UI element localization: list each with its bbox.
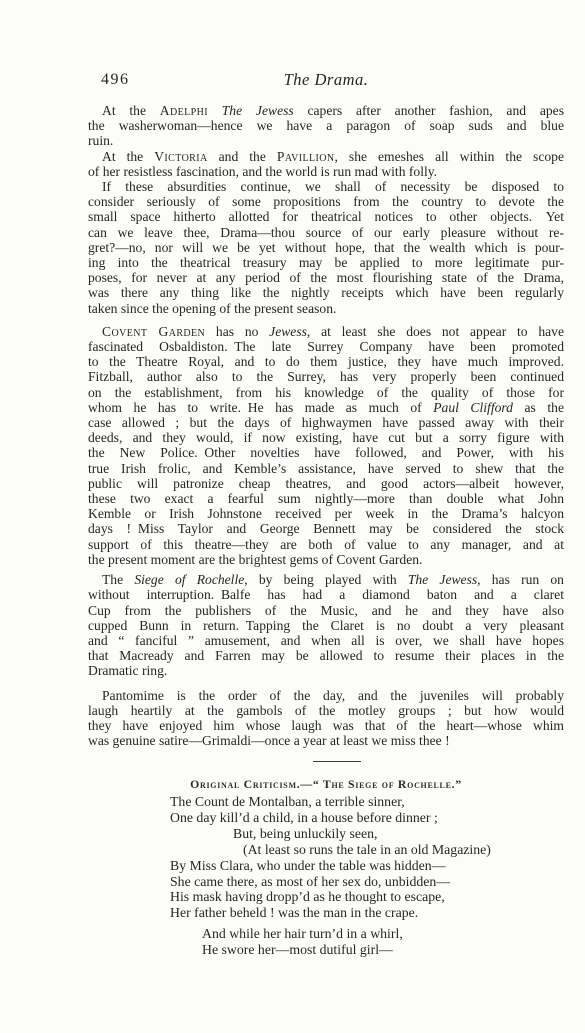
text-line: poses, for never at any period of the mo… [88, 270, 564, 285]
text-segment: taken since the opening of the present s… [88, 301, 336, 316]
text-segment: , has run on [477, 572, 564, 587]
text-line: deeds, and they would, if now existing, … [88, 430, 564, 445]
text-line: ruin. [88, 133, 564, 148]
text-segment: and the [208, 149, 277, 164]
article-body: At the Adelphi The Jewess capers after a… [88, 103, 564, 748]
paragraph: At the Adelphi The Jewess capers after a… [88, 103, 564, 149]
text-line: laugh heartily at the gambols of the mot… [88, 703, 564, 718]
paragraph: At the Victoria and the Pavillion, she e… [88, 149, 564, 179]
text-segment: as the [513, 400, 564, 415]
poem-line: She came there, as most of her sex do, u… [170, 874, 570, 890]
text-segment: true Irish frolic, and Kemble’s assistan… [88, 461, 564, 476]
text-segment: At the [102, 103, 160, 118]
text-segment: small space hitherto allotted for theatr… [88, 209, 564, 224]
text-segment: can we leave thee, Drama—thou source of … [88, 225, 564, 240]
text-line: support of this theatre—they are both of… [88, 537, 564, 552]
text-line: Dramatic ring. [88, 663, 564, 678]
smallcaps-text: Victoria [154, 149, 207, 164]
text-segment: these two exact a fearful sum nightly—mo… [88, 491, 564, 506]
smallcaps-text: Covent Garden [102, 324, 205, 339]
text-line: the New Police. Other novelties have fol… [88, 445, 564, 460]
text-line: public will patronize cheap theatres, an… [88, 476, 564, 491]
text-line: they have enjoyed him whose laugh was th… [88, 718, 564, 733]
text-line: cupped Bunn in return. Tapping the Clare… [88, 618, 564, 633]
page-header: 496 The Drama. [88, 70, 564, 90]
poem-line: But, being unluckily seen, [233, 826, 570, 842]
text-line: of her resistless fascination, and the w… [88, 164, 564, 179]
text-segment: has no [205, 324, 269, 339]
poem-line: His mask having dropp’d as he thought to… [170, 889, 570, 905]
text-line: that Macready and Farren may be allowed … [88, 648, 564, 663]
text-segment [208, 103, 222, 118]
text-segment: ruin. [88, 133, 113, 148]
text-line: fascinated Osbaldiston. The late Surrey … [88, 339, 564, 354]
text-line: Cup from the publishers of the Music, an… [88, 603, 564, 618]
text-segment: Kemble or Irish Johnstone received per w… [88, 506, 564, 521]
paragraph: Pantomime is the order of the day, and t… [88, 688, 564, 749]
smallcaps-text: Pavillion [277, 149, 335, 164]
poem: The Count de Montalban, a terrible sinne… [170, 794, 570, 958]
text-line: taken since the opening of the present s… [88, 301, 564, 316]
text-segment: Cup from the publishers of the Music, an… [88, 603, 564, 618]
text-line: If these absurdities continue, we shall … [88, 179, 564, 194]
text-line: Covent Garden has no Jewess, at least sh… [88, 324, 564, 339]
text-segment: laugh heartily at the gambols of the mot… [88, 703, 564, 718]
text-segment: they have enjoyed him whose laugh was th… [88, 718, 564, 733]
text-segment: the present moment are the brightest gem… [88, 552, 422, 567]
text-line: these two exact a fearful sum nightly—mo… [88, 491, 564, 506]
text-segment: deeds, and they would, if now existing, … [88, 430, 564, 445]
italic-text: Siege of Rochelle [134, 572, 244, 587]
text-line: Fitzball, author also to the Surrey, has… [88, 369, 564, 384]
paragraph: If these absurdities continue, we shall … [88, 179, 564, 316]
text-segment: was there any thing like the nightly rec… [88, 285, 564, 300]
italic-text: The Jewess [222, 103, 294, 118]
text-segment: days ! Miss Taylor and George Bennett ma… [88, 521, 564, 536]
text-line: At the Victoria and the Pavillion, she e… [88, 149, 564, 164]
text-segment: , she emeshes all within the scope [335, 149, 565, 164]
paragraph: The Siege of Rochelle, by being played w… [88, 572, 564, 678]
text-line: ing into the theatrical treasury may be … [88, 255, 564, 270]
text-segment: gret?—no, nor will we be yet without hop… [88, 240, 564, 255]
text-segment: The [102, 572, 134, 587]
poem-stanza: And while her hair turn’d in a whirl,He … [170, 926, 570, 958]
text-line: without interruption. Balfe has had a di… [88, 587, 564, 602]
text-line: small space hitherto allotted for theatr… [88, 209, 564, 224]
text-segment: that Macready and Farren may be allowed … [88, 648, 564, 663]
text-segment: to the Theatre Royal, and to do them jus… [88, 354, 564, 369]
text-segment: poses, for never at any period of the mo… [88, 270, 564, 285]
text-line: days ! Miss Taylor and George Bennett ma… [88, 521, 564, 536]
text-segment: Dramatic ring. [88, 663, 167, 678]
text-segment: Pantomime is the order of the day, and t… [102, 688, 564, 703]
text-segment: support of this theatre—they are both of… [88, 537, 564, 552]
text-segment: At the [102, 149, 154, 164]
text-line: to the Theatre Royal, and to do them jus… [88, 354, 564, 369]
text-segment: consider seriously of some propositions … [88, 194, 564, 209]
text-segment: fascinated Osbaldiston. The late Surrey … [88, 339, 564, 354]
journal-title: The Drama. [88, 70, 564, 90]
text-segment: cupped Bunn in return. Tapping the Clare… [88, 618, 564, 633]
poem-line: The Count de Montalban, a terrible sinne… [170, 794, 570, 810]
italic-text: Jewess [269, 324, 307, 339]
text-line: and “ fanciful ” amusement, and when all… [88, 633, 564, 648]
text-line: true Irish frolic, and Kemble’s assistan… [88, 461, 564, 476]
poem-line: And while her hair turn’d in a whirl, [202, 926, 570, 942]
text-segment: case allowed ; but the days of highwayme… [88, 415, 564, 430]
text-line: on the establishment, from his knowledge… [88, 385, 564, 400]
text-segment: public will patronize cheap theatres, an… [88, 476, 564, 491]
text-line: At the Adelphi The Jewess capers after a… [88, 103, 564, 118]
text-segment: Fitzball, author also to the Surrey, has… [88, 369, 564, 384]
text-line: gret?—no, nor will we be yet without hop… [88, 240, 564, 255]
text-line: Pantomime is the order of the day, and t… [88, 688, 564, 703]
criticism-heading: Original Criticism.—“ The Siege of Roche… [88, 777, 564, 792]
poem-line: One day kill’d a child, in a house befor… [170, 810, 570, 826]
text-line: can we leave thee, Drama—thou source of … [88, 225, 564, 240]
text-segment: ing into the theatrical treasury may be … [88, 255, 564, 270]
scanned-page: 496 The Drama. At the Adelphi The Jewess… [0, 0, 585, 1033]
text-line: whom he has to write. He has made as muc… [88, 400, 564, 415]
text-segment: was genuine satire—Grimaldi—once a year … [88, 733, 450, 748]
text-segment: whom he has to write. He has made as muc… [88, 400, 433, 415]
text-segment: the New Police. Other novelties have fol… [88, 445, 564, 460]
section-divider-rule [313, 761, 361, 762]
text-segment: and “ fanciful ” amusement, and when all… [88, 633, 564, 648]
poem-line: Her father beheld ! was the man in the c… [170, 905, 570, 921]
text-line: consider seriously of some propositions … [88, 194, 564, 209]
text-segment: the washerwoman—hence we have a paragon … [88, 118, 564, 133]
text-line: was there any thing like the nightly rec… [88, 285, 564, 300]
text-line: the washerwoman—hence we have a paragon … [88, 118, 564, 133]
text-segment: , at least she does not appear to have [307, 324, 564, 339]
text-segment: of her resistless fascination, and the w… [88, 164, 437, 179]
text-segment: capers after another fashion, and apes [294, 103, 564, 118]
text-line: The Siege of Rochelle, by being played w… [88, 572, 564, 587]
poem-stanza: The Count de Montalban, a terrible sinne… [170, 794, 570, 921]
text-segment: without interruption. Balfe has had a di… [88, 587, 564, 602]
italic-text: The Jewess [408, 572, 477, 587]
poem-line: (At least so runs the tale in an old Mag… [243, 842, 570, 858]
text-segment: on the establishment, from his knowledge… [88, 385, 564, 400]
smallcaps-text: Adelphi [160, 103, 208, 118]
text-segment: If these absurdities continue, we shall … [102, 179, 564, 194]
poem-line: He swore her—most dutiful girl— [202, 942, 570, 958]
text-line: case allowed ; but the days of highwayme… [88, 415, 564, 430]
italic-text: Paul Clifford [433, 400, 513, 415]
text-line: the present moment are the brightest gem… [88, 552, 564, 567]
paragraph: Covent Garden has no Jewess, at least sh… [88, 324, 564, 567]
text-segment: , by being played with [244, 572, 408, 587]
text-line: was genuine satire—Grimaldi—once a year … [88, 733, 564, 748]
poem-line: By Miss Clara, who under the table was h… [170, 858, 570, 874]
text-line: Kemble or Irish Johnstone received per w… [88, 506, 564, 521]
